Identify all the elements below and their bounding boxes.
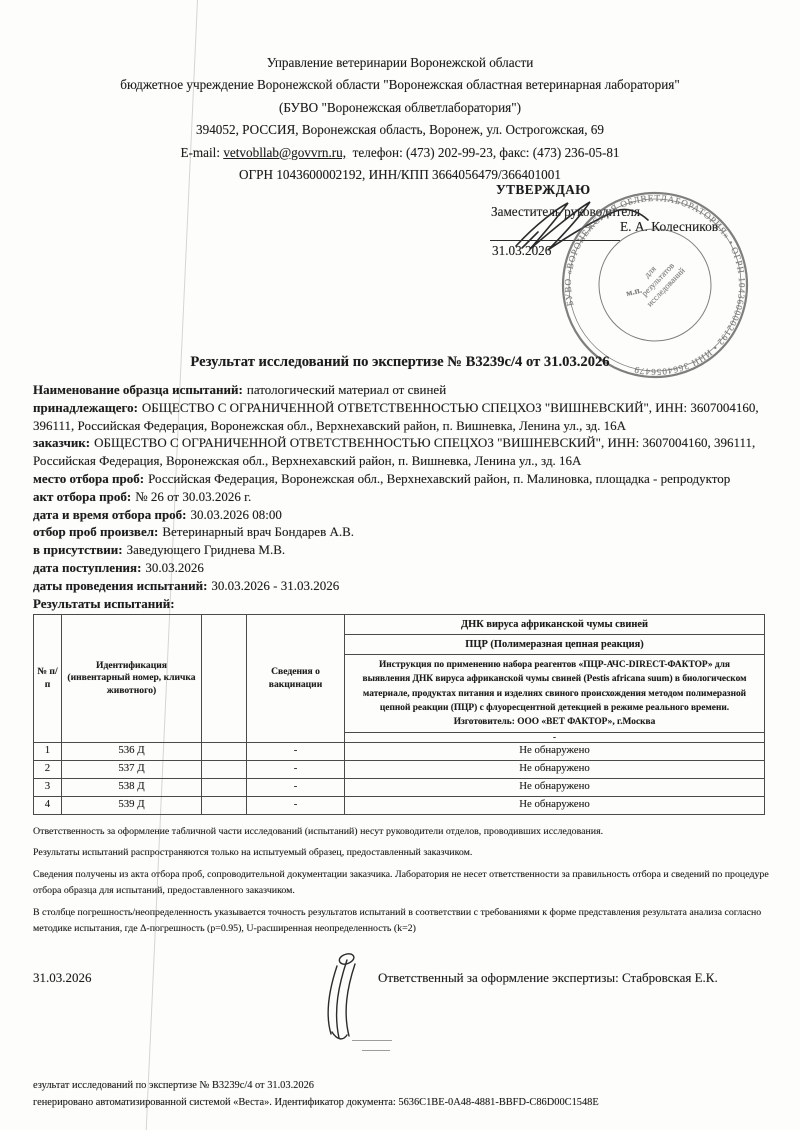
stamp-mp-label: м.п. [625, 285, 643, 299]
document-title: Результат исследований по экспертизе № В… [0, 354, 800, 371]
row-number: 2 [34, 760, 62, 778]
scan-artifact [362, 1050, 390, 1051]
footnote: Ответственность за оформление табличной … [33, 824, 770, 841]
detail-line: дата и время отбора проб:30.03.2026 08:0… [33, 506, 770, 524]
results-table-header: № п/п Идентификация (инвентарный номер, … [34, 615, 765, 743]
col-header-number: № п/п [34, 615, 62, 743]
col-header-method: Инструкция по применению набора реагенто… [345, 655, 765, 733]
detail-value: 30.03.2026 - 31.03.2026 [211, 578, 339, 593]
detail-value: патологический материал от свиней [247, 382, 446, 397]
detail-label: акт отбора проб: [33, 489, 131, 504]
footnote: В столбце погрешность/неопределенность у… [33, 905, 770, 938]
col-header-dash: - [345, 732, 765, 742]
footnotes: Ответственность за оформление табличной … [33, 824, 770, 938]
institution-name: бюджетное учреждение Воронежской области… [0, 74, 800, 96]
detail-line: заказчик:ОБЩЕСТВО С ОГРАНИЧЕННОЙ ОТВЕТСТ… [33, 434, 770, 470]
detail-line: место отбора проб:Российская Федерация, … [33, 470, 770, 488]
scanned-document-page: Управление ветеринарии Воронежской облас… [0, 0, 800, 1130]
detail-value: Ветеринарный врач Бондарев А.В. [162, 524, 354, 539]
email-address: vetvobllab@govvrn.ru, [223, 145, 346, 160]
detail-label: Наименование образца испытаний: [33, 382, 243, 397]
detail-line: даты проведения испытаний:30.03.2026 - 3… [33, 577, 770, 595]
phone-fax: телефон: (473) 202-99-23, факс: (473) 23… [353, 145, 620, 160]
table-row: 3538 Д-Не обнаружено [34, 778, 765, 796]
detail-value: № 26 от 30.03.2026 г. [135, 489, 251, 504]
detail-value: Заведующего Гриднева М.В. [127, 542, 286, 557]
results-section-label: Результаты испытаний: [33, 595, 770, 613]
table-row: 2537 Д-Не обнаружено [34, 760, 765, 778]
detail-value: Российская Федерация, Воронежская обл., … [148, 471, 730, 486]
test-result: Не обнаружено [345, 760, 765, 778]
detail-line: Наименование образца испытаний:патологич… [33, 381, 770, 399]
detail-label: принадлежащего: [33, 400, 138, 415]
sample-details: Наименование образца испытаний:патологич… [33, 381, 770, 595]
col-header-pcr: ПЦР (Полимеразная цепная реакция) [345, 635, 765, 655]
test-result: Не обнаружено [345, 742, 765, 760]
row-number: 4 [34, 796, 62, 814]
sample-id: 537 Д [62, 760, 202, 778]
footnote: Результаты испытаний распространяются то… [33, 845, 770, 862]
row-number: 1 [34, 742, 62, 760]
row-number: 3 [34, 778, 62, 796]
detail-label: заказчик: [33, 435, 90, 450]
sample-id: 539 Д [62, 796, 202, 814]
signoff-date: 31.03.2026 [33, 970, 92, 986]
footer-expertise-ref: езультат исследований по экспертизе № В3… [33, 1077, 599, 1094]
authority-name: Управление ветеринарии Воронежской облас… [0, 52, 800, 74]
sample-id: 536 Д [62, 742, 202, 760]
detail-value: 30.03.2026 [145, 560, 204, 575]
results-table-body: 1536 Д-Не обнаружено2537 Д-Не обнаружено… [34, 742, 765, 814]
footnote: Сведения получены из акта отбора проб, с… [33, 867, 770, 900]
table-row: 4539 Д-Не обнаружено [34, 796, 765, 814]
detail-line: акт отбора проб:№ 26 от 30.03.2026 г. [33, 488, 770, 506]
blank-cell [202, 742, 247, 760]
vaccination-info: - [247, 796, 345, 814]
letterhead: Управление ветеринарии Воронежской облас… [0, 52, 800, 186]
institution-short-name: (БУВО "Воронежская облветлаборатория") [0, 97, 800, 119]
results-table: № п/п Идентификация (инвентарный номер, … [33, 614, 765, 815]
detail-value: ОБЩЕСТВО С ОГРАНИЧЕННОЙ ОТВЕТСТВЕННОСТЬЮ… [33, 400, 759, 433]
detail-line: в присутствии:Заведующего Гриднева М.В. [33, 541, 770, 559]
registration-numbers: ОГРН 1043600002192, ИНН/КПП 3664056479/3… [0, 164, 800, 186]
sample-id: 538 Д [62, 778, 202, 796]
detail-label: место отбора проб: [33, 471, 144, 486]
detail-value: 30.03.2026 08:00 [191, 507, 282, 522]
blank-cell [202, 760, 247, 778]
test-result: Не обнаружено [345, 778, 765, 796]
page-footer: езультат исследований по экспертизе № В3… [33, 1077, 599, 1111]
contact-line: E-mail: vetvobllab@govvrn.ru, телефон: (… [0, 142, 800, 164]
test-result: Не обнаружено [345, 796, 765, 814]
scan-artifact [352, 1040, 392, 1041]
detail-label: даты проведения испытаний: [33, 578, 207, 593]
detail-label: отбор проб произвел: [33, 524, 158, 539]
responsible-signature-icon [312, 948, 374, 1043]
col-header-blank [202, 615, 247, 743]
col-header-identification: Идентификация (инвентарный номер, кличка… [62, 615, 202, 743]
detail-line: дата поступления:30.03.2026 [33, 559, 770, 577]
vaccination-info: - [247, 760, 345, 778]
col-header-vaccination: Сведения о вакцинации [247, 615, 345, 743]
responsible-person: Ответственный за оформление экспертизы: … [378, 970, 718, 986]
vaccination-info: - [247, 778, 345, 796]
institution-address: 394052, РОССИЯ, Воронежская область, Вор… [0, 119, 800, 141]
blank-cell [202, 778, 247, 796]
blank-cell [202, 796, 247, 814]
detail-label: в присутствии: [33, 542, 123, 557]
detail-value: ОБЩЕСТВО С ОГРАНИЧЕННОЙ ОТВЕТСТВЕННОСТЬЮ… [33, 435, 755, 468]
table-row: 1536 Д-Не обнаружено [34, 742, 765, 760]
footer-generated-by: генерировано автоматизированной системой… [33, 1094, 599, 1111]
vaccination-info: - [247, 742, 345, 760]
col-header-dna: ДНК вируса африканской чумы свиней [345, 615, 765, 635]
detail-line: принадлежащего:ОБЩЕСТВО С ОГРАНИЧЕННОЙ О… [33, 399, 770, 435]
document-body: Наименование образца испытаний:патологич… [33, 381, 770, 943]
detail-line: отбор проб произвел:Ветеринарный врач Бо… [33, 523, 770, 541]
detail-label: дата поступления: [33, 560, 141, 575]
detail-label: дата и время отбора проб: [33, 507, 187, 522]
email-label: E-mail: [180, 145, 220, 160]
